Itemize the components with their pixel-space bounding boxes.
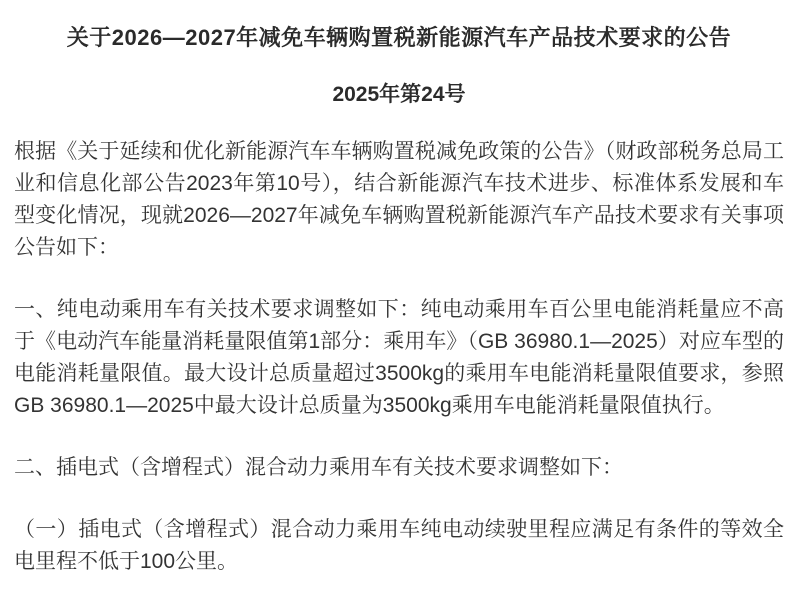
paragraph-section-1-bev-requirements: 一、纯电动乘用车有关技术要求调整如下：纯电动乘用车百公里电能消耗量应不高于《电动… bbox=[14, 294, 784, 422]
announcement-document: 关于2026—2027年减免车辆购置税新能源汽车产品技术要求的公告 2025年第… bbox=[0, 23, 800, 578]
document-number: 2025年第24号 bbox=[14, 80, 784, 110]
document-title: 关于2026—2027年减免车辆购置税新能源汽车产品技术要求的公告 bbox=[14, 23, 784, 53]
paragraph-section-2-phev-heading: 二、插电式（含增程式）混合动力乘用车有关技术要求调整如下： bbox=[14, 452, 784, 484]
paragraph-intro: 根据《关于延续和优化新能源汽车车辆购置税减免政策的公告》（财政部税务总局工业和信… bbox=[14, 136, 784, 264]
paragraph-section-2-item-1-range-requirement: （一）插电式（含增程式）混合动力乘用车纯电动续驶里程应满足有条件的等效全电里程不… bbox=[14, 514, 784, 578]
